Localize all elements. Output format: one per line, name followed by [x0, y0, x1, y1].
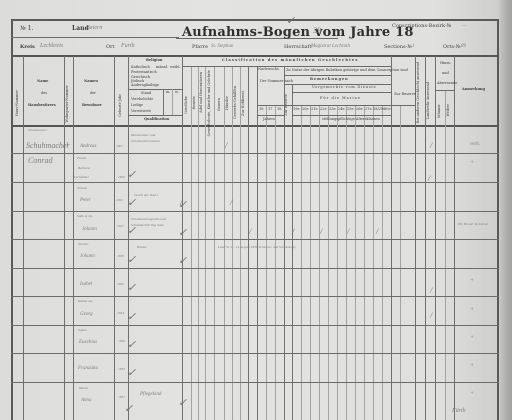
- hinzu-title: Abwesende: [437, 82, 457, 86]
- header-fuer-die-marine: Für die Marine: [320, 97, 361, 101]
- checkmark-icon: ✓: [127, 198, 136, 209]
- classification-title-rule: [182, 66, 391, 67]
- bewohner-first: Johann: [77, 187, 87, 191]
- header-zur-reserve: Zur Reserve: [394, 93, 416, 97]
- jahre-col: 27e: [365, 108, 372, 112]
- checkmark-icon: ✓: [178, 398, 187, 409]
- tally-mark-icon: /: [180, 199, 182, 207]
- row-divider: [11, 211, 499, 212]
- aus-rule: [284, 75, 391, 76]
- class-col-line: [191, 66, 192, 420]
- altersklassen-rule: [292, 115, 391, 116]
- bewohner-first: Tochter: [78, 243, 89, 247]
- pfarre-label: Pfarre: [192, 45, 208, 50]
- header-aus-note: Zu Nutze der übrigen Rubriken gehörige u…: [286, 69, 408, 73]
- header-bemerkungen: Bemerkungen: [310, 78, 349, 82]
- geburts-jahr: 1827: [117, 225, 124, 229]
- qualification: Schuhmachergeselle und Schneiderlehrling…: [131, 216, 179, 228]
- stand-col-line: [163, 89, 164, 115]
- hinzu-sub-line: [445, 90, 446, 420]
- form-number: № 1.: [20, 26, 33, 32]
- header-divider-left: [11, 37, 179, 38]
- geburts-jahr: 1835: [118, 368, 125, 372]
- jahre-header-rule: [257, 105, 415, 106]
- aus-col-line: [284, 66, 285, 420]
- jahre-col: 25e: [347, 108, 354, 112]
- land-value: Baiern: [86, 25, 102, 31]
- classification-col-label: Bauern: [218, 98, 222, 111]
- classification-col-label: Geistliche: [185, 96, 189, 114]
- nachwuchs-col-line: [248, 66, 249, 420]
- form-title: Aufnahms-Bogen vom Jahre 18: [182, 26, 414, 39]
- stand-row-label: Verehelichte: [131, 98, 153, 102]
- hinzu-rule: [435, 90, 454, 91]
- geburts-jahr: 1834: [117, 312, 124, 316]
- col-line-geburtsjahr: [128, 56, 129, 420]
- hinzu-col: Männer: [438, 104, 442, 118]
- bewohner-first: Sohn d. Lk.: [77, 215, 93, 219]
- jahren-rule: [257, 115, 284, 116]
- geburts-jahr: 1822: [116, 199, 123, 203]
- jahre-col: 20e: [302, 108, 309, 112]
- header-vorgemerkte: Vorgemerkte vom Dienste: [312, 86, 377, 90]
- class-col-line: [232, 66, 233, 420]
- conscriptions-value: —: [462, 24, 466, 29]
- anmerkung: Pfl. Bruder im Dienst: [458, 221, 496, 227]
- jahre-col: 26e: [356, 108, 363, 112]
- ort-value: Furth: [121, 43, 135, 49]
- qualification: Gesell des Vaters: [134, 194, 158, 198]
- checkmark-icon: ✓: [286, 16, 295, 27]
- header-qualification: Qualification: [144, 118, 169, 122]
- stand-row-label: Ledige: [131, 104, 143, 108]
- der-nummer-col-line: [257, 66, 258, 420]
- stand-col-label: w.: [175, 91, 179, 95]
- tally-mark-icon: /: [320, 228, 322, 236]
- right-col-label: Bei anderen Geschlecht anwesend: [417, 62, 421, 123]
- tally-mark-icon: /: [347, 228, 349, 236]
- hausbesitzer-title: Schuhmacher: [28, 129, 47, 133]
- herrschaft-value: Magistrat Lechrath: [311, 44, 350, 49]
- row-divider: [11, 353, 499, 354]
- marine-col-line: [292, 84, 293, 420]
- stand-col-label: m.: [166, 91, 170, 95]
- row-divider: [11, 325, 499, 326]
- right-col-label: Landwehr Anwesend: [427, 82, 431, 119]
- row-divider: [11, 239, 499, 240]
- religion-row-label: Andersgläubige: [131, 84, 159, 88]
- bewohner-name: Isabel: [80, 282, 92, 287]
- checkmark-icon: ✓: [124, 404, 133, 415]
- hinzu-col-line: [435, 56, 436, 420]
- geburts-jahr: 1832: [117, 283, 124, 287]
- geburts-jahr: 1801: [116, 145, 123, 149]
- row-divider: [11, 296, 499, 297]
- jahre-col: 22e: [320, 108, 327, 112]
- stand-bottom-rule: [128, 115, 182, 116]
- herrschaft-label: Herrschaft: [284, 45, 312, 50]
- stand-col-line: [172, 89, 173, 115]
- kreis-value: Lechkreis: [40, 43, 63, 49]
- class-col-line: [214, 66, 215, 420]
- classification-col-label: Beamte: [193, 96, 197, 110]
- jahre-col: 19e: [293, 108, 300, 112]
- header-namen: Namen: [84, 80, 98, 84]
- checkmark-icon: ✓: [127, 368, 136, 379]
- religion-bottom-rule: [128, 89, 182, 90]
- geburts-jahr: 1837: [118, 396, 125, 400]
- hausbesitzer-name: Schuhmacher: [26, 142, 70, 150]
- header-bewohner: Bewohner: [82, 104, 102, 108]
- checkmark-icon: ✓: [178, 256, 187, 267]
- tally-mark-icon: /: [230, 199, 232, 207]
- bewohner-first: Elisab.: [77, 157, 87, 161]
- class-col-line: [240, 66, 241, 420]
- anmerkung-col-line: [454, 56, 455, 420]
- header-zur-reserve-left: Zur Reserve: [285, 94, 289, 116]
- anmerkung: +: [470, 307, 474, 313]
- vorgemerkte-rule: [292, 92, 391, 93]
- sections-label: Sections-№: [384, 45, 412, 50]
- orts-value: 89: [461, 44, 466, 49]
- ort-label: Ort: [106, 45, 115, 50]
- anmerkung: +: [470, 363, 474, 369]
- checkmark-icon: ✓: [127, 255, 136, 266]
- bewohner-first: Katharina: [78, 300, 92, 304]
- tally-mark-icon: /: [292, 228, 294, 236]
- checkmark-icon: ✓: [127, 226, 136, 237]
- checkmark-icon: ✓: [127, 283, 136, 294]
- religion-subcol: weibl.: [170, 66, 181, 70]
- header-anmerkung: Anmerkung: [462, 88, 485, 92]
- classification-col-label: Gewerbsleute, Künstler und Gelehrte: [208, 70, 212, 136]
- form-year-suffix: 39: [313, 27, 321, 35]
- row-divider: [11, 268, 499, 269]
- tally-mark-icon: /: [376, 228, 378, 236]
- hinzu-title: und: [442, 72, 449, 76]
- anmerkung: +: [470, 160, 474, 166]
- qualification: Bruder: [137, 246, 147, 250]
- checkmark-icon: ✓: [127, 170, 136, 181]
- bewohner-first: Sofien: [78, 329, 87, 333]
- checkmark-icon: ✓: [127, 312, 136, 323]
- row-divider: [11, 382, 499, 383]
- tally-mark-icon: /: [430, 312, 432, 320]
- religion-row-label: Protestantisch: [131, 71, 157, 75]
- geburts-jahr: 1830: [117, 255, 124, 259]
- qualification: Pflegekind: [140, 392, 161, 397]
- tally-mark-icon: /: [428, 175, 430, 183]
- classification-note: Land St. 1 – 14 Angust 1838 Schlosser un…: [218, 246, 296, 250]
- row-divider: [11, 182, 499, 183]
- hinzu-title: Hinzu: [440, 62, 451, 66]
- bewohner-name: Eusebius: [79, 340, 97, 345]
- tally-mark-icon: /: [249, 228, 251, 236]
- conscriptions-label: Conscriptions-Bezirk-№: [392, 24, 451, 29]
- bewohner-name: Johann: [80, 254, 95, 259]
- anmerkung: +: [470, 278, 474, 284]
- row-divider: [11, 153, 499, 154]
- qualification: Hausbesitzer und Schuhmachermeister: [131, 132, 179, 144]
- sections-value: 1: [412, 44, 415, 49]
- stand-row-label: Verwitwete: [131, 110, 151, 114]
- geburts-jahr: 1802: [118, 176, 125, 180]
- bewohner-sub: Lechfelder: [74, 176, 89, 180]
- religion-subcol: männl.: [156, 66, 168, 70]
- jahre-col: 30e: [384, 108, 391, 112]
- classification-col-label: Gewerbs-Gehülfen: [234, 86, 238, 119]
- religion-row-label: Katholisch: [131, 66, 150, 70]
- bewohner-name: Georg: [80, 312, 93, 317]
- header-religion: Religion: [146, 59, 162, 63]
- header-name: Name: [37, 80, 48, 84]
- tally-mark-icon: /: [225, 142, 227, 150]
- bewohner-name: Johann: [82, 227, 97, 232]
- col-line-haus-nummer: [23, 56, 24, 420]
- der-nummer-col: 18: [277, 108, 281, 112]
- header-der-nummer: Der Nummer nach: [260, 80, 293, 84]
- page-edge-shadow: [498, 0, 512, 420]
- bewohner-name: Barbara: [78, 167, 90, 171]
- header-nachwuchs: Nachwuchs: [258, 68, 279, 72]
- der-nummer-footer: Jahren: [263, 118, 275, 122]
- header-haus-nummer: Haus-Nummer: [16, 90, 20, 116]
- checkmark-icon: ✓: [178, 228, 187, 239]
- header-wohnpartei-nummer: Wohnpartei-Nummer: [66, 85, 70, 122]
- footer-signature: Fürth: [452, 408, 466, 414]
- classification-col-label: Adel und Honoratioren: [200, 72, 204, 113]
- tally-mark-icon: /: [430, 287, 432, 295]
- class-col-line: [198, 66, 199, 420]
- col-line-wohnpartei: [73, 56, 74, 420]
- bewohner-first: Maria: [79, 387, 88, 391]
- header-geburts-jahr: Geburts-Jahr: [119, 94, 123, 117]
- header-der: der: [90, 92, 96, 96]
- header-des: des: [41, 92, 47, 96]
- bewohner-name: Peter: [80, 198, 91, 203]
- hinzu-col: Weiber: [447, 104, 451, 117]
- reserve-col-line: [391, 56, 392, 420]
- jahre-col: 21e: [311, 108, 318, 112]
- geburts-jahr: 1836: [118, 340, 125, 344]
- anmerkung: +: [470, 335, 474, 341]
- bewohner-name: Anna: [81, 398, 92, 403]
- kreis-label: Kreis: [20, 45, 35, 50]
- class-col-line: [205, 66, 206, 420]
- header-stand: Stand: [141, 92, 151, 96]
- orts-label: Orts-№: [443, 45, 461, 50]
- bewohner-name: Franziska: [78, 366, 98, 371]
- census-form-page: № 1. Land Baiern Aufnahms-Bogen vom Jahr…: [0, 0, 512, 420]
- classification-col-label: Häusler: [226, 96, 230, 110]
- classification-col-label: Zur Hofdienst.: [242, 90, 246, 116]
- class-col-line: [224, 66, 225, 420]
- wohnpartei-number: 1: [66, 142, 69, 148]
- anmerkung: +: [470, 391, 474, 397]
- jahre-col: 24e: [338, 108, 345, 112]
- jahre-footer: stellungspflichtige Altersklassen: [322, 118, 380, 122]
- checkmark-icon: ✓: [127, 340, 136, 351]
- col-line-bewohner: [114, 56, 115, 420]
- der-nummer-col: 16: [259, 108, 263, 112]
- tally-mark-icon: /: [430, 142, 432, 150]
- pfarre-value: St. Stephan: [211, 44, 234, 49]
- bewohner-name: Andreas: [80, 144, 96, 149]
- jahre-col: 23e: [329, 108, 336, 112]
- header-hausbesitzers: Hausbesitzers: [28, 104, 56, 108]
- header-classification: Classification des männlichen Geschlecht…: [222, 59, 359, 63]
- der-nummer-col: 17: [268, 108, 272, 112]
- anmerkung: verh.: [470, 142, 480, 147]
- hausbesitzer-name: Conrad: [28, 157, 52, 165]
